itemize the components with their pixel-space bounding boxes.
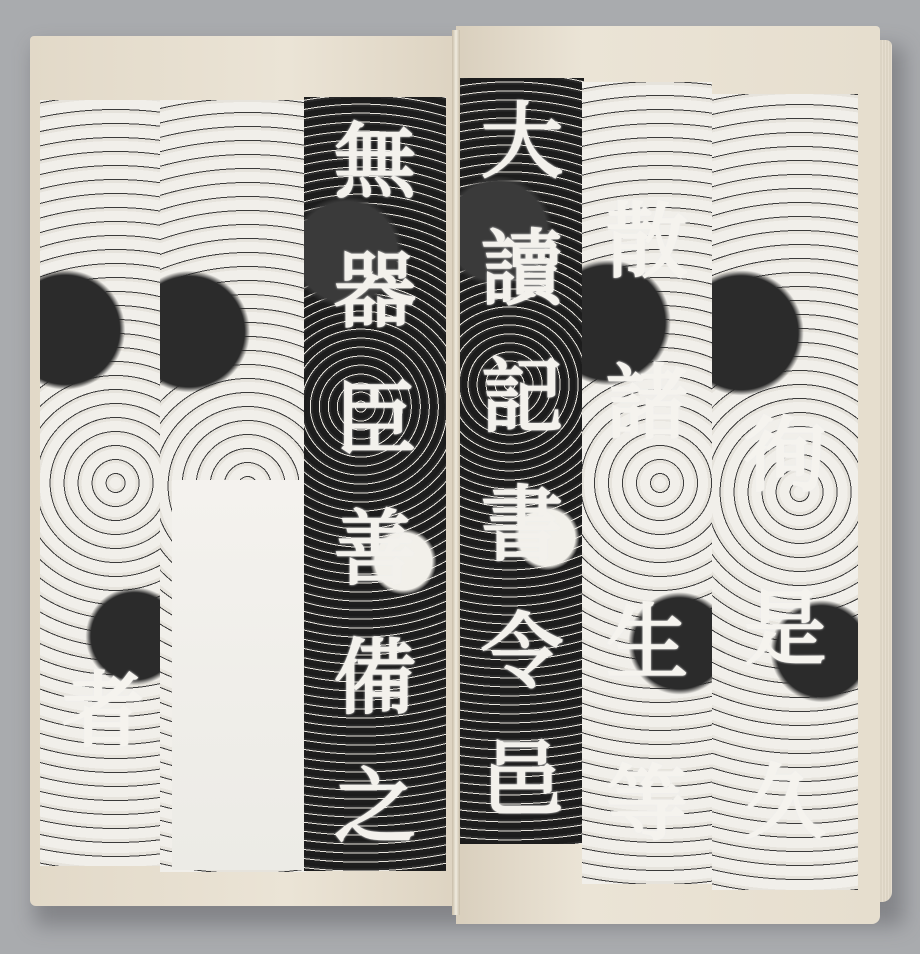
rubbing-character: 臣 xyxy=(334,379,416,461)
rubbing-character: 散 xyxy=(606,201,688,283)
rubbing-character: 生 xyxy=(606,602,688,684)
rubbing-strip-right-2: 散 諸 生 等 xyxy=(582,82,712,884)
rubbing-character: 等 xyxy=(606,763,688,845)
rubbing-character: 者 xyxy=(62,670,144,752)
rubbing-character: 善 xyxy=(334,508,416,590)
rubbing-character: 令 xyxy=(481,611,563,693)
rubbing-character: 讀 xyxy=(481,228,563,310)
rubbing-character: 器 xyxy=(334,250,416,332)
rubbing-character: 徇 xyxy=(744,415,826,497)
rubbing-strip-left-3: 無 器 臣 善 備 之 xyxy=(304,97,446,871)
rubbing-character: 記 xyxy=(481,356,563,438)
rubbing-character: 無 xyxy=(334,121,416,203)
rubbing-strip-right-3: 徇 是 久 xyxy=(712,94,858,890)
rubbing-character: 備 xyxy=(334,637,416,719)
rubbing-strip-right-1: 大 讀 記 書 令 邑 xyxy=(460,78,584,844)
book-gutter xyxy=(452,30,460,915)
rubbing-character: 諸 xyxy=(606,362,688,444)
rubbing-character: 之 xyxy=(334,766,416,848)
blank-strip-left xyxy=(172,480,308,870)
rubbing-character: 邑 xyxy=(481,739,563,821)
rubbing-character: 是 xyxy=(744,588,826,670)
rubbing-character: 書 xyxy=(481,484,563,566)
rubbing-strip-left-1: 者 xyxy=(40,100,166,866)
rubbing-character: 大 xyxy=(481,101,563,183)
rubbing-character: 久 xyxy=(744,762,826,844)
